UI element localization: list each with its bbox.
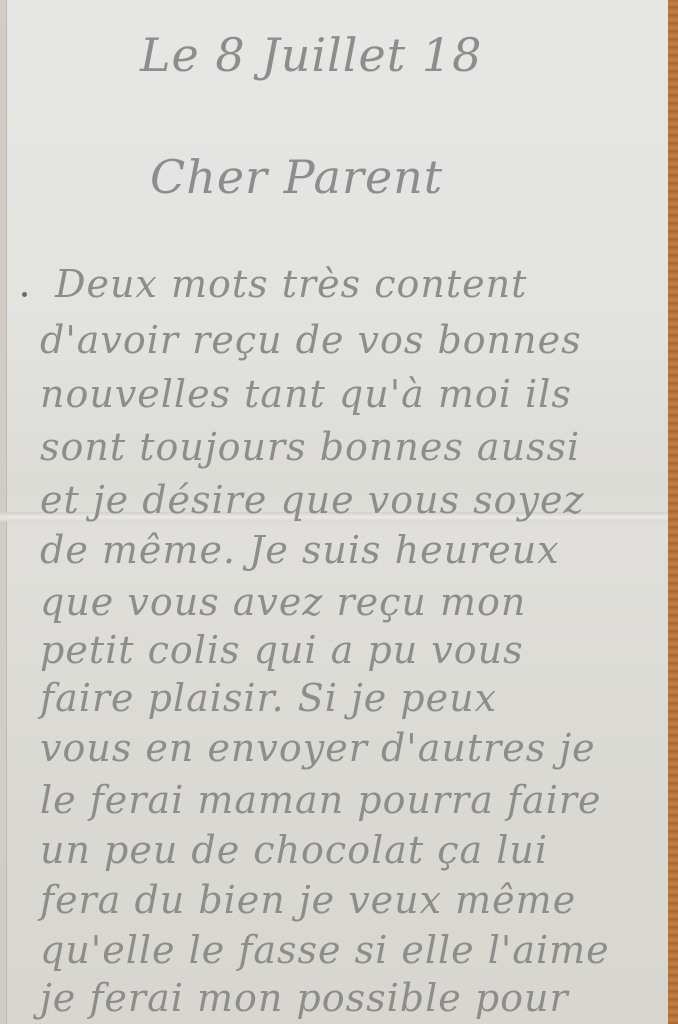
letter-page: Le 8 Juillet 18 Cher Parent Deux mots tr…	[0, 0, 668, 1024]
letter-line: sont toujours bonnes aussi	[40, 425, 580, 469]
letter-line: d'avoir reçu de vos bonnes	[40, 318, 582, 362]
letter-line: que vous avez reçu mon	[40, 580, 526, 624]
letter-line: le ferai maman pourra faire	[40, 778, 602, 822]
pencil-dot	[22, 292, 27, 297]
letter-line: petit colis qui a pu vous	[40, 628, 524, 672]
letter-line: et je désire que vous soyez	[40, 478, 585, 522]
letter-line: nouvelles tant qu'à moi ils	[40, 372, 572, 416]
letter-line: un peu de chocolat ça lui	[40, 828, 548, 872]
letter-date: Le 8 Juillet 18	[140, 28, 482, 82]
letter-line: je ferai mon possible pour	[40, 976, 569, 1020]
letter-line: faire plaisir. Si je peux	[40, 676, 497, 720]
letter-line: fera du bien je veux même	[40, 878, 576, 922]
letter-line: de même. Je suis heureux	[40, 528, 560, 572]
wooden-table-edge	[668, 0, 678, 1024]
letter-line: vous en envoyer d'autres je	[40, 726, 596, 770]
letter-line: Deux mots très content	[55, 262, 527, 306]
letter-line: qu'elle le fasse si elle l'aime	[40, 928, 610, 972]
letter-greeting: Cher Parent	[150, 150, 443, 204]
